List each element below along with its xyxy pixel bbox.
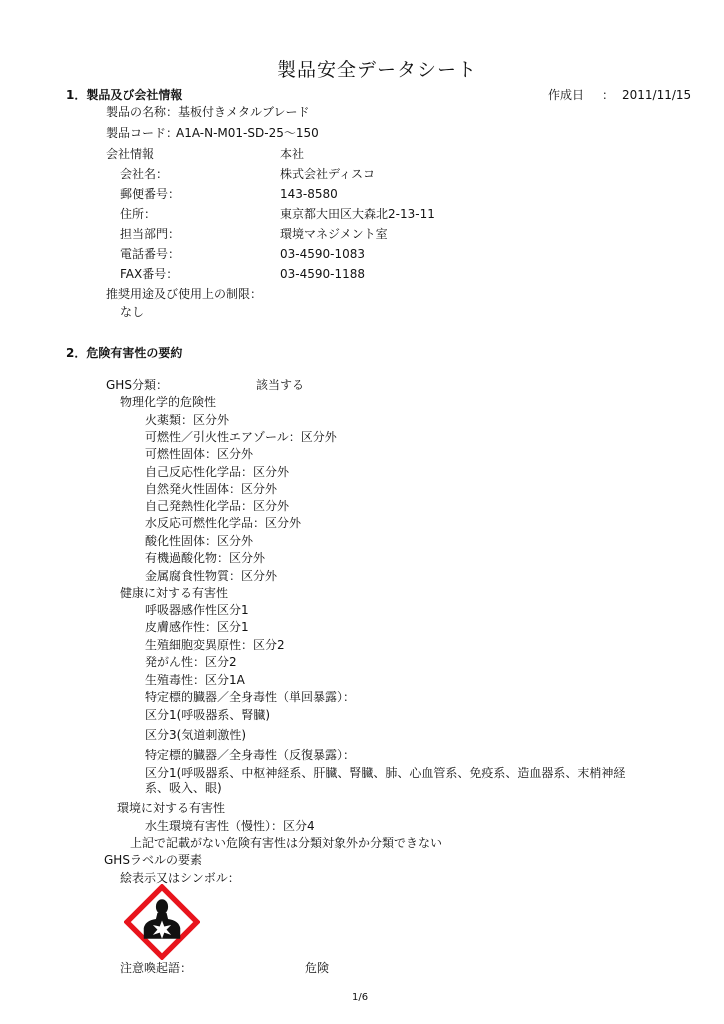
health-item: 特定標的臓器／全身毒性（単回暴露）： xyxy=(145,689,355,705)
physical-item: 自己発熱性化学品：区分外 xyxy=(145,498,289,514)
company-row-label: 会社名： xyxy=(120,166,168,182)
physical-item: 自己反応性化学品：区分外 xyxy=(145,464,289,480)
physical-item: 金属腐食性物質：区分外 xyxy=(145,568,277,584)
health-item: 生殖細胞変異原性：区分2 xyxy=(145,637,285,653)
physical-item: 有機過酸化物：区分外 xyxy=(145,550,265,566)
health-item: 区分1(呼吸器系、中枢神経系、肝臓、腎臓、肺、心血管系、免疫系、造血器系、末梢神… xyxy=(145,765,625,781)
company-info-value: 本社 xyxy=(280,146,304,162)
health-hazard-pictogram-icon xyxy=(124,884,200,960)
company-row-value: 03-4590-1188 xyxy=(280,266,365,282)
company-row-value: 環境マネジメント室 xyxy=(280,226,388,242)
health-item: 区分1(呼吸器系、腎臓) xyxy=(145,707,270,723)
company-row-label: 郵便番号： xyxy=(120,186,180,202)
physical-item: 火薬類：区分外 xyxy=(145,412,229,428)
physical-item: 可燃性／引火性エアゾール：区分外 xyxy=(145,429,337,445)
document-title: 製品安全データシート xyxy=(277,58,477,82)
classification-note: 上記で記載がない危険有害性は分類対象外か分類できない xyxy=(130,835,442,851)
signal-word-label: 注意喚起語： xyxy=(120,960,192,976)
company-row-value: 株式会社ディスコ xyxy=(280,166,375,182)
health-item: 区分3(気道刺激性) xyxy=(145,727,246,743)
env-heading: 環境に対する有害性 xyxy=(117,800,225,816)
company-row-label: 担当部門： xyxy=(120,226,180,242)
created-date: 2011/11/15 xyxy=(622,87,691,103)
ghs-value: 該当する xyxy=(256,377,304,393)
physical-item: 酸化性固体：区分外 xyxy=(145,533,253,549)
created-date-label: 作成日 xyxy=(548,87,584,103)
health-heading: 健康に対する有害性 xyxy=(120,585,228,601)
product-code-label: 製品コード： xyxy=(106,125,178,141)
physical-heading: 物理化学的危険性 xyxy=(120,394,216,410)
signal-word: 危険 xyxy=(305,960,329,976)
product-name-label: 製品の名称： xyxy=(106,104,178,120)
usage-label: 推奨用途及び使用上の制限： xyxy=(106,286,262,302)
company-row-label: 住所： xyxy=(120,206,156,222)
company-row-label: FAX番号： xyxy=(120,266,178,282)
health-item: 皮膚感作性：区分1 xyxy=(145,619,249,635)
company-row-value: 東京都大田区大森北2-13-11 xyxy=(280,206,435,222)
physical-item: 水反応可燃性化学品：区分外 xyxy=(145,515,301,531)
company-row-value: 03-4590-1083 xyxy=(280,246,365,262)
usage-value: なし xyxy=(120,304,144,320)
created-date-sep: ： xyxy=(602,87,614,103)
company-info-label: 会社情報 xyxy=(106,146,154,162)
section1-heading: 1．製品及び会社情報 xyxy=(66,87,182,103)
health-item: 生殖毒性：区分1A xyxy=(145,672,245,688)
ghs-label: GHS分類： xyxy=(106,377,168,393)
company-row-label: 電話番号： xyxy=(120,246,180,262)
health-item: 系、吸入、眼) xyxy=(145,780,222,796)
label-elements-heading: GHSラベルの要素 xyxy=(104,852,202,868)
health-item: 特定標的臓器／全身毒性（反復暴露）： xyxy=(145,747,355,763)
physical-item: 可燃性固体：区分外 xyxy=(145,446,253,462)
env-item: 水生環境有害性（慢性）：区分4 xyxy=(145,818,315,834)
health-item: 呼吸器感作性区分1 xyxy=(145,602,249,618)
company-row-value: 143-8580 xyxy=(280,186,338,202)
product-code: A1A-N-M01-SD-25～150 xyxy=(176,125,319,141)
product-name: 基板付きメタルブレード xyxy=(178,104,310,120)
page-number: 1/6 xyxy=(352,990,368,1006)
physical-item: 自然発火性固体：区分外 xyxy=(145,481,277,497)
section2-heading: 2．危険有害性の要約 xyxy=(66,345,182,361)
health-item: 発がん性：区分2 xyxy=(145,654,237,670)
